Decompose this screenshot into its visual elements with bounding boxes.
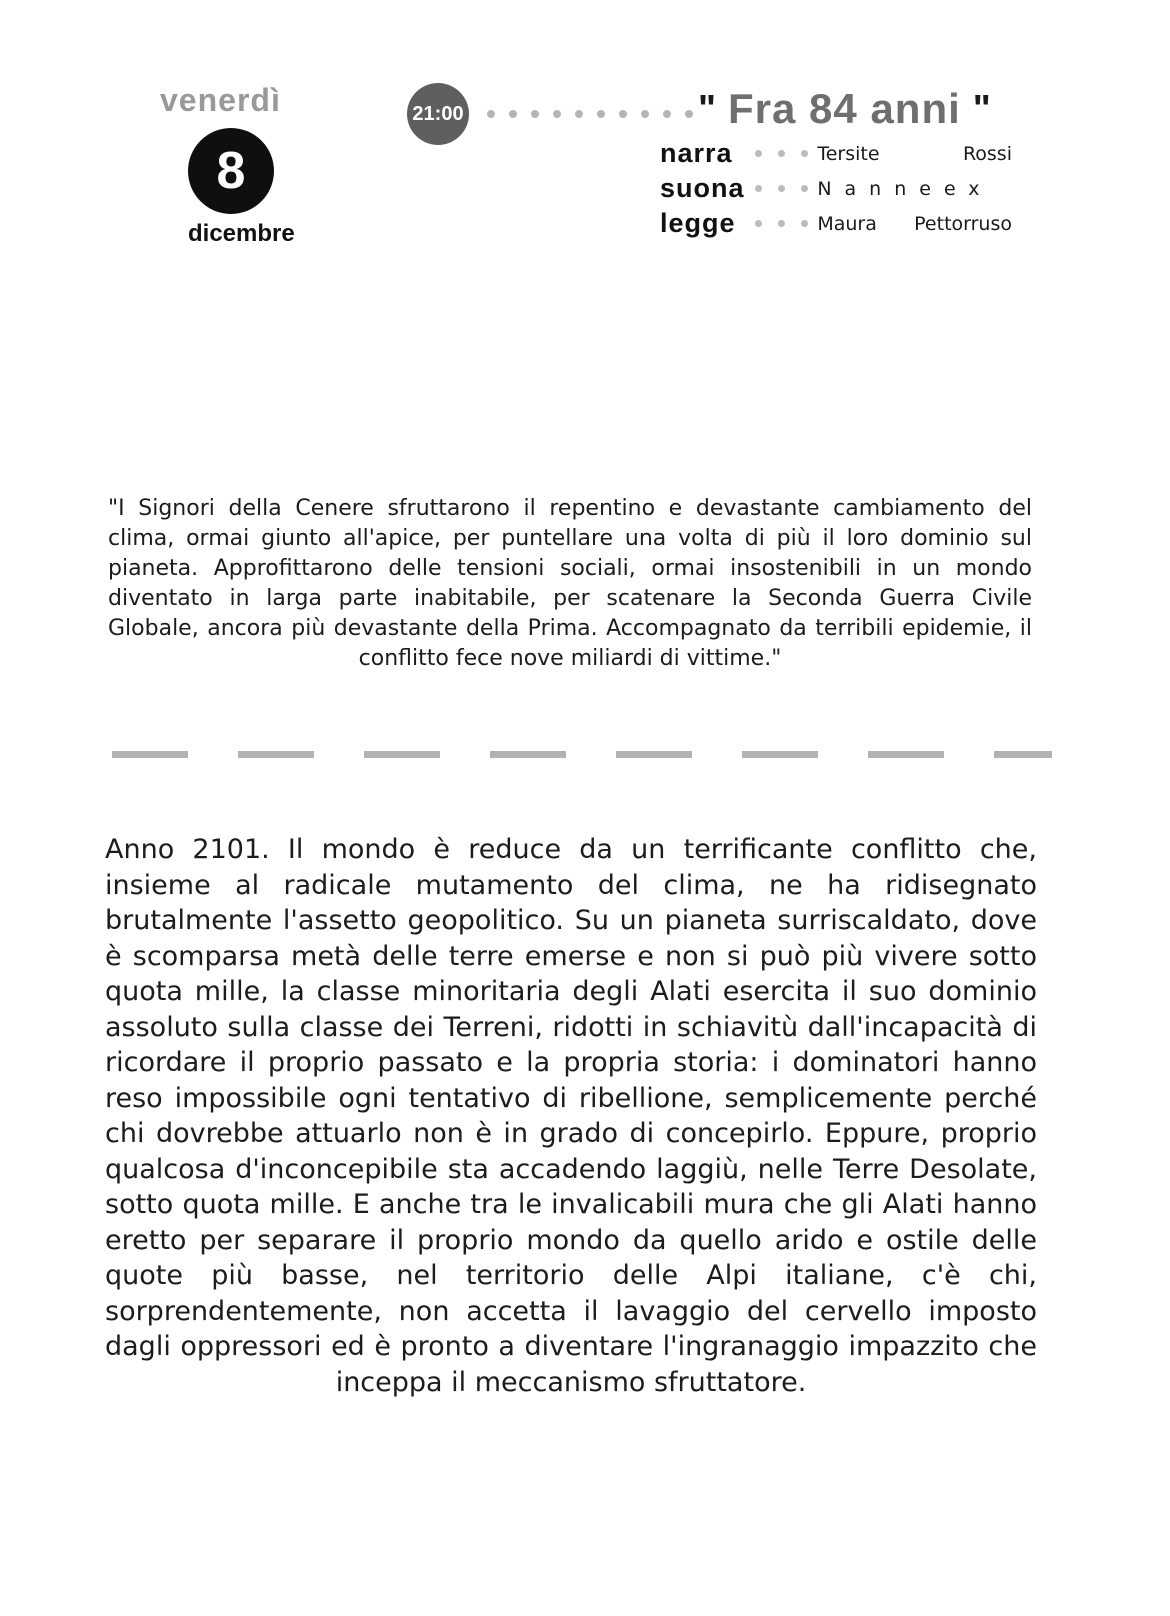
credit-row-suona: suona Nanneex [660, 171, 1012, 206]
title-open-quote: " [698, 88, 716, 131]
day-circle: 8 [188, 128, 274, 214]
credit-row-narra: narra Tersite Rossi [660, 136, 1012, 171]
three-dots-icon [755, 220, 762, 227]
credit-name: Maura Pettorruso [817, 213, 1012, 235]
credits-list: narra Tersite Rossi suona Nanneex legge … [660, 136, 1012, 241]
credit-name: Nanneex [817, 178, 1012, 200]
three-dots-icon [755, 150, 762, 157]
dashed-divider [112, 751, 1052, 758]
quote-paragraph: "I Signori della Cenere sfruttarono il r… [108, 494, 1032, 674]
day-name: venerdì [160, 82, 281, 119]
three-dots-icon [755, 185, 762, 192]
synopsis-paragraph: Anno 2101. Il mondo è reduce da un terri… [105, 832, 1037, 1400]
credit-row-legge: legge Maura Pettorruso [660, 206, 1012, 241]
credit-name: Tersite Rossi [817, 143, 1012, 165]
month-name: dicembre [188, 220, 284, 248]
credit-role: legge [660, 208, 755, 239]
time-label: 21:00 [412, 103, 463, 126]
credit-role: narra [660, 138, 755, 169]
dotted-separator-icon [487, 110, 495, 118]
day-number: 8 [217, 141, 246, 201]
flyer-page: venerdì 8 dicembre 21:00 " Fra 84 anni "… [0, 0, 1170, 1616]
title-text: Fra 84 anni [728, 85, 961, 133]
event-title: " Fra 84 anni " [698, 84, 991, 134]
credit-role: suona [660, 173, 755, 204]
title-close-quote: " [973, 88, 991, 131]
time-badge: 21:00 [407, 83, 469, 145]
